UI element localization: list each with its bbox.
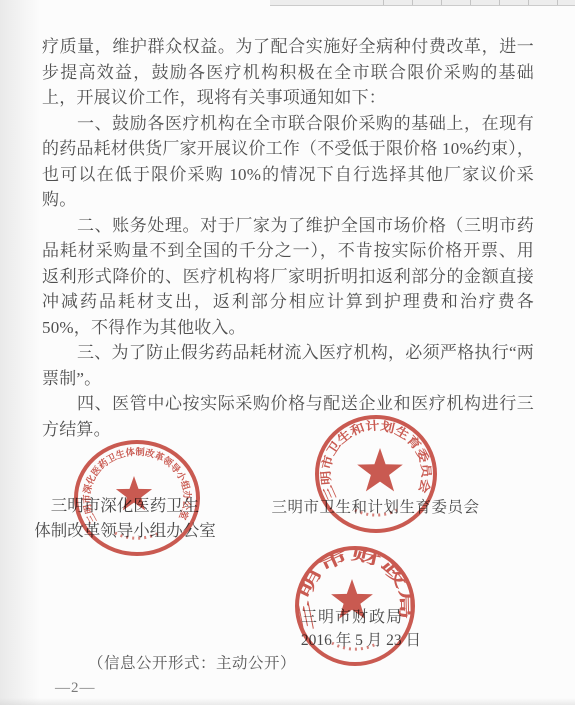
text-line: 票制”。 — [42, 366, 534, 392]
text-line: 上，开展议价工作，现将有关事项通知如下： — [42, 85, 534, 111]
page-edge-shadow — [0, 0, 40, 705]
info-disclosure-line: （信息公开形式：主动公开） — [88, 651, 296, 673]
text-line: 三、为了防止假劣药品耗材流入医疗机构，必须严格执行“两 — [42, 340, 534, 366]
text-line: 疗质量，维护群众权益。为了配合实施好全病种付费改革，进一 — [42, 34, 534, 60]
finance-bureau-seal: 三明市财政局 — [280, 531, 430, 681]
scan-artifact-table-edge — [270, 0, 575, 6]
star-icon — [331, 579, 373, 619]
page-number: —2— — [55, 680, 96, 697]
star-icon — [357, 448, 403, 491]
document-body: 疗质量，维护群众权益。为了配合实施好全病种付费改革，进一 步提高效益，鼓励各医疗… — [42, 34, 534, 442]
text-line: 品耗材采购量不到全国的千分之一），不肯按实际价格开票、用 — [42, 238, 534, 264]
health-commission-seal: 三明市卫生和计划生育委员会 — [301, 399, 451, 549]
text-line: 的药品耗材供货厂家开展议价工作（不受低于限价格 10%约束）， — [42, 136, 534, 162]
text-line: 冲减药品耗材支出，返利部分相应计算到护理费和治疗费各 — [42, 289, 534, 315]
reform-office-seal: 三明市深化医药卫生体制改革领导小组办公室 — [62, 423, 212, 573]
star-icon — [116, 476, 152, 510]
scanned-document-page: 疗质量，维护群众权益。为了配合实施好全病种付费改革，进一 步提高效益，鼓励各医疗… — [0, 0, 575, 705]
text-line: 50%，不得作为其他收入。 — [42, 315, 534, 341]
text-line: 步提高效益，鼓励各医疗机构积极在全市联合限价采购的基础 — [42, 60, 534, 86]
text-line: 购。 — [42, 187, 534, 213]
text-line: 四、医管中心按实际采购价格与配送企业和医疗机构进行三 — [42, 391, 534, 417]
page-bottom-shadow — [0, 698, 575, 705]
text-line: 二、账务处理。对于厂家为了维护全国市场价格（三明市药 — [42, 213, 534, 239]
text-line: 一、鼓励各医疗机构在全市联合限价采购的基础上，在现有 — [42, 111, 534, 137]
text-line: 也可以在低于限价采购 10%的情况下自行选择其他厂家议价采 — [42, 162, 534, 188]
text-line: 返利形式降价的、医疗机构将厂家明折明扣返利部分的金额直接 — [42, 264, 534, 290]
scan-artifact-ticks — [355, 0, 575, 5]
